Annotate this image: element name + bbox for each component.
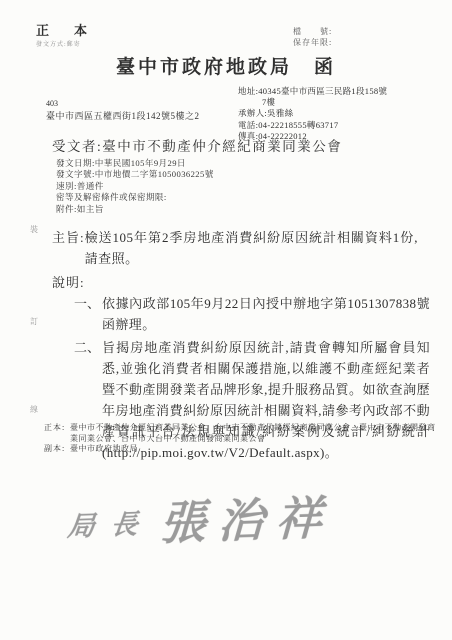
attachment-line: 附件:如主旨 (56, 204, 214, 215)
copy-type-label: 正 本 (36, 20, 93, 39)
signer-name-handwritten: 張治祥 (159, 481, 335, 553)
subject-text: 檢送105年第2季房地產消費糾紛原因統計相關資料1份,請查照。 (85, 227, 418, 269)
document-title: 臺中市政府地政局 函 (0, 52, 452, 79)
sender-address-line: 地址:40345臺中市西區三民路1段158號 (238, 86, 387, 97)
cc-label: 副本: (44, 444, 70, 455)
classification-line: 密等及解密條件或保密期限: (56, 192, 214, 203)
case-officer-line: 承辦人:吳雅絲 (238, 108, 387, 119)
archive-labels: 檔 號: 保存年限: (293, 26, 332, 48)
binding-mark: 線 (30, 404, 38, 415)
priority-line: 速別:普通件 (56, 181, 214, 192)
cc-recipients: 臺中市政府地政局 (70, 444, 138, 455)
sender-address-line2: 7樓 (262, 97, 387, 108)
postal-code: 403 (46, 99, 200, 109)
mailing-address-block: 403 臺中市西區五權西街1段142號5樓之2 (46, 99, 200, 121)
document-meta-block: 發文日期:中華民國105年9月29日 發文字號:中市地價二字第105003622… (56, 158, 214, 215)
binding-mark: 裝 (30, 224, 38, 235)
subject-label: 主旨: (52, 227, 85, 269)
carbon-copy-row: 副本: 臺中市政府地政局 (44, 444, 440, 455)
signer-title: 局長 (66, 501, 156, 543)
distribution-block: 正本: 臺中市不動產仲介經紀商業同業公會、台中市不動產代銷經紀商業同業公會、臺中… (44, 423, 440, 455)
original-recipients: 臺中市不動產仲介經紀商業同業公會、台中市不動產代銷經紀商業同業公會、臺中市不動產… (70, 423, 440, 444)
original-label: 正本: (44, 423, 70, 444)
file-number-label: 檔 號: (293, 26, 332, 37)
sender-contact-block: 地址:40345臺中市西區三民路1段158號 7樓 承辦人:吳雅絲 電話:04-… (238, 86, 387, 142)
issue-date-line: 發文日期:中華民國105年9月29日 (56, 158, 214, 169)
description-label: 說明: (52, 272, 430, 291)
fine-print-note: 發文方式:郵寄 (36, 39, 81, 48)
recipient-line: 受文者:臺中市不動產仲介經紀商業同業公會 (52, 135, 342, 155)
subject-section: 主旨: 檢送105年第2季房地產消費糾紛原因統計相關資料1份,請查照。 (52, 227, 418, 269)
original-copies-row: 正本: 臺中市不動產仲介經紀商業同業公會、台中市不動產代銷經紀商業同業公會、臺中… (44, 423, 440, 444)
mailing-address: 臺中市西區五權西街1段142號5樓之2 (46, 111, 200, 121)
binding-mark: 訂 (30, 316, 38, 327)
phone-line: 電話:04-22218555轉63717 (238, 120, 387, 131)
item-marker: 一、 (74, 293, 102, 335)
scanned-official-letter: 正 本 發文方式:郵寄 檔 號: 保存年限: 臺中市政府地政局 函 地址:403… (0, 0, 452, 640)
retention-period-label: 保存年限: (293, 37, 332, 48)
item-text: 依據內政部105年9月22日內授中辦地字第1051307838號函辦理。 (102, 293, 430, 335)
description-item-1: 一、 依據內政部105年9月22日內授中辦地字第1051307838號函辦理。 (74, 293, 430, 335)
signature-block: 局長 張治祥 (67, 481, 335, 556)
issue-number-line: 發文字號:中市地價二字第1050036225號 (56, 169, 214, 180)
